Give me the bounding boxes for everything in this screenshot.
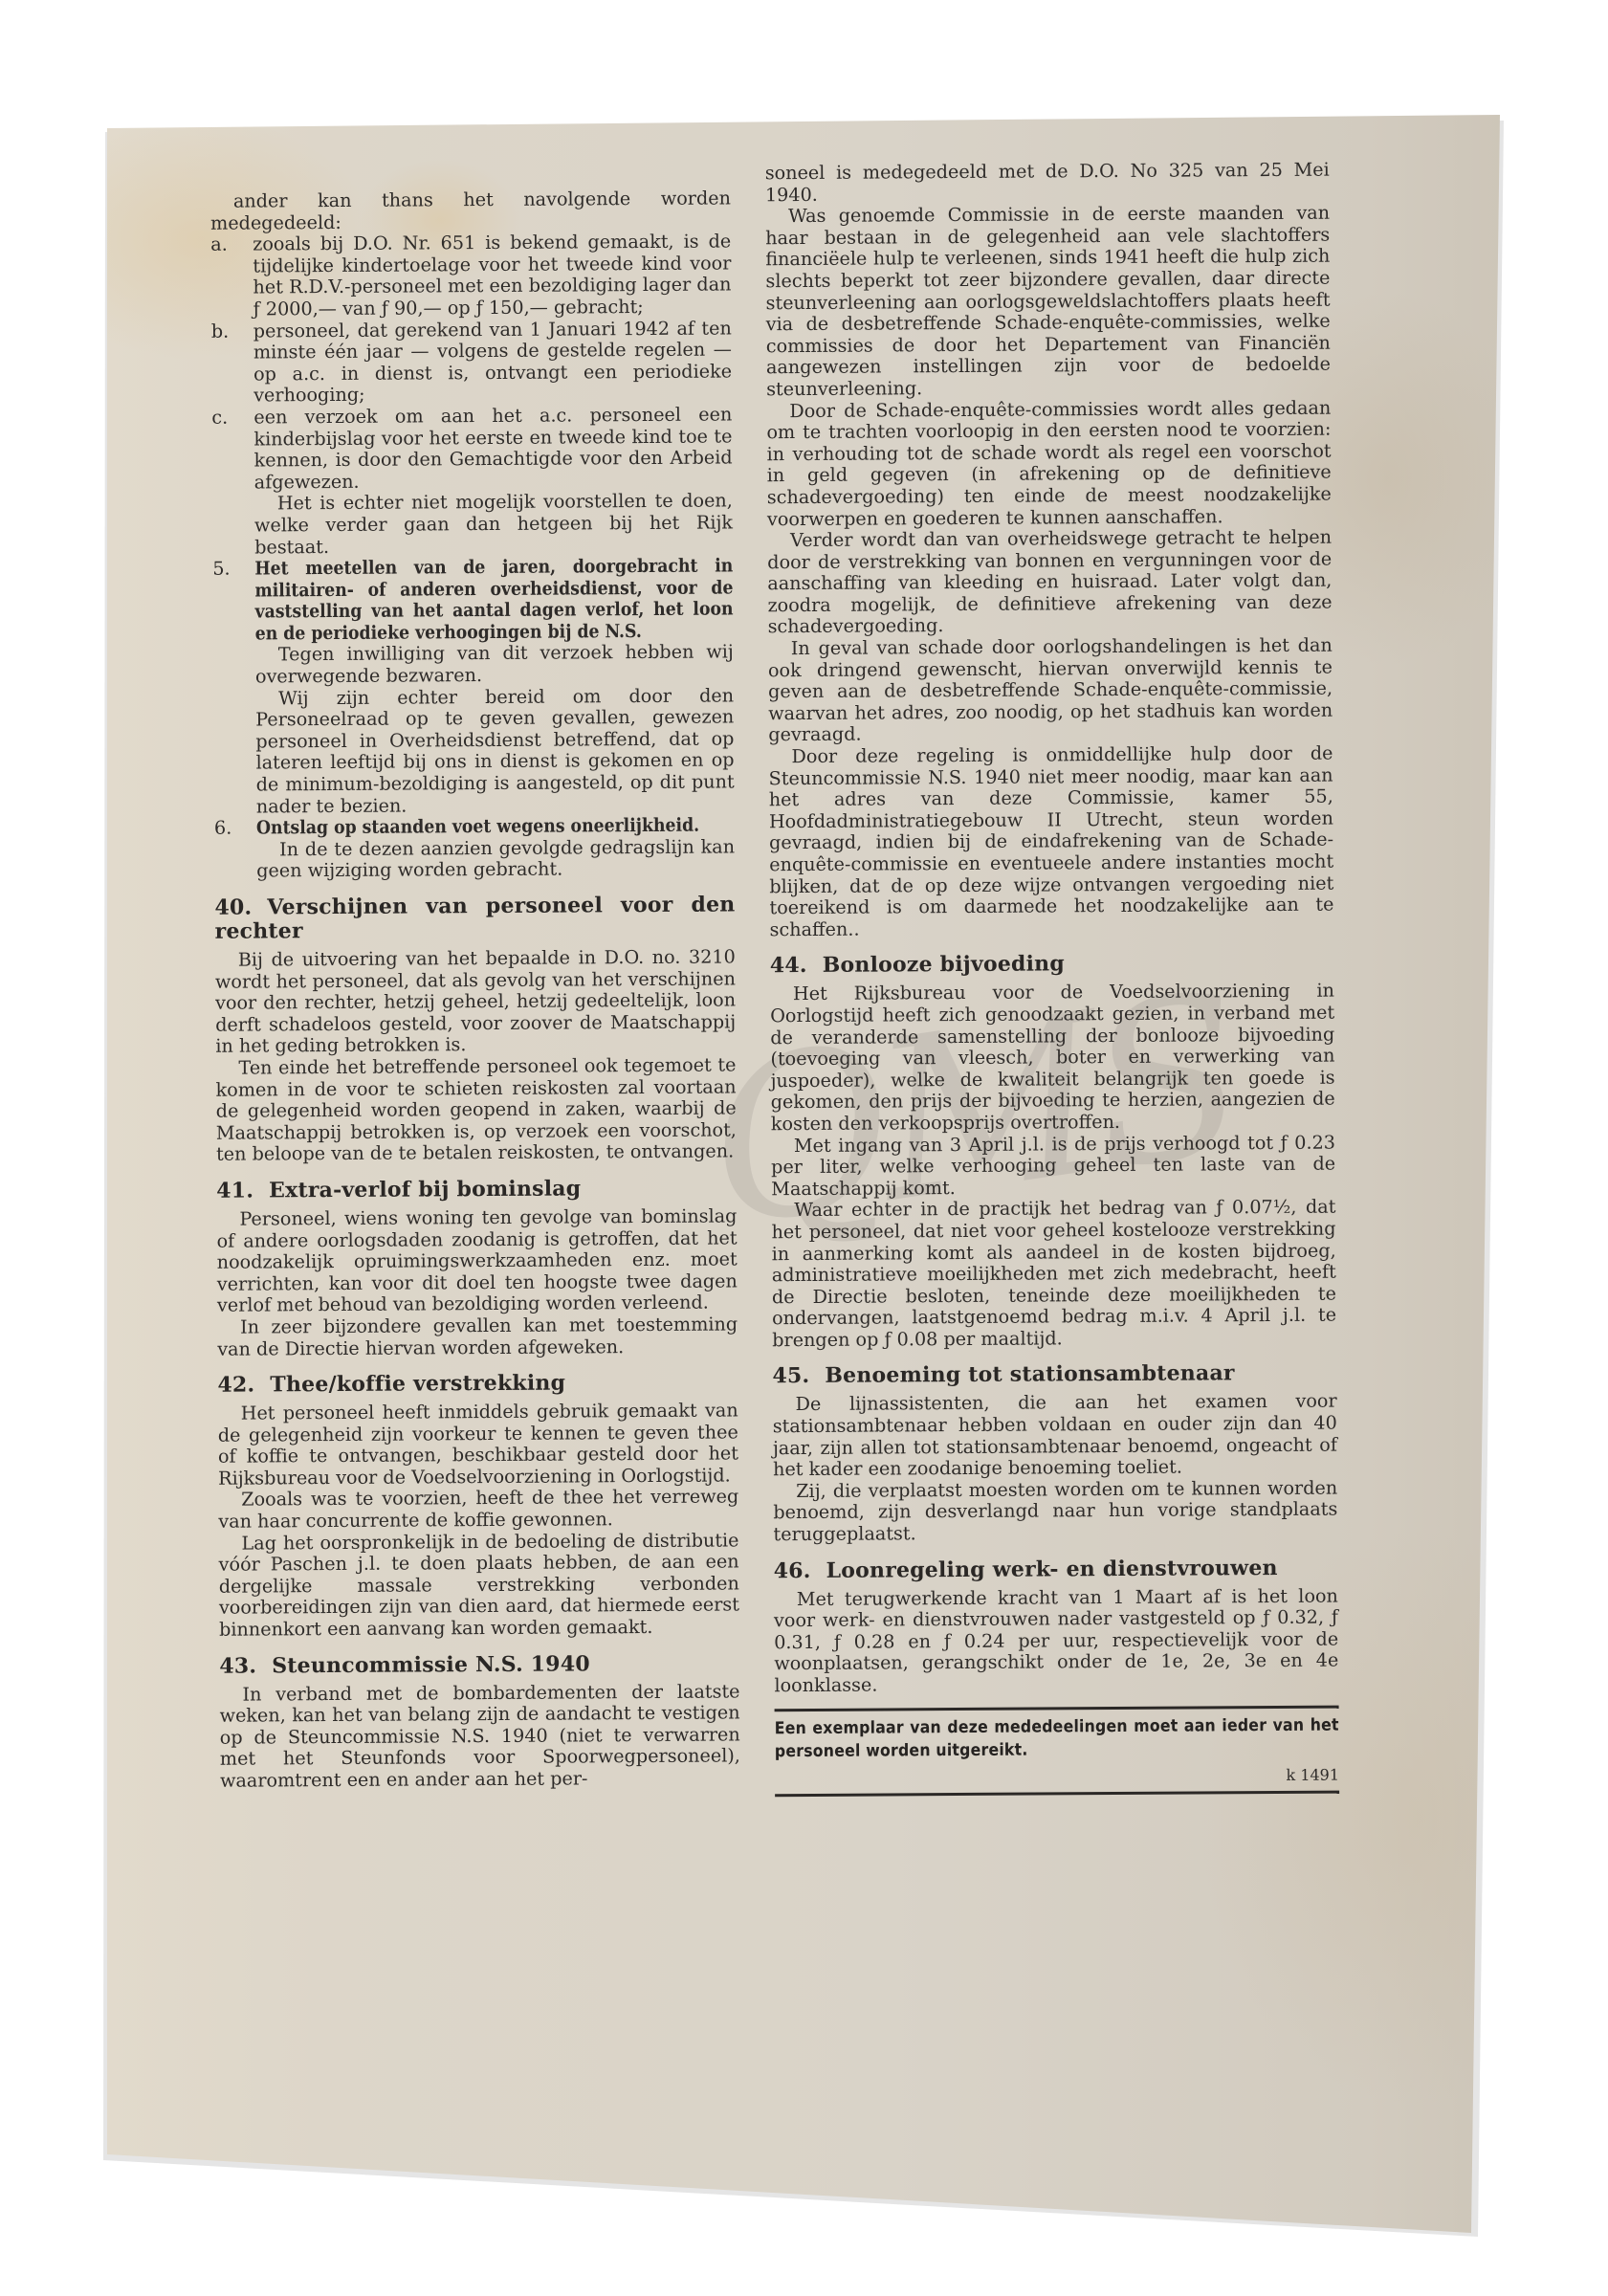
list-marker: a. — [210, 234, 228, 256]
paragraph: Personeel, wiens woning ten gevolge van … — [216, 1205, 738, 1316]
list-text: zooals bij D.O. Nr. 651 is bekend gemaak… — [253, 231, 731, 320]
section-title: Extra-verlof bij bominslag — [269, 1176, 581, 1203]
list-marker: 5. — [212, 559, 230, 581]
after-c-block: Het is echter niet mogelijk voorstellen … — [212, 491, 733, 559]
paragraph: Verder wordt dan van overheidswege getra… — [767, 527, 1333, 639]
section-number: 42. — [217, 1373, 254, 1398]
section-heading-46: 46.Loonregeling werk- en dienstvrouwen — [774, 1556, 1338, 1583]
item-5-body: Tegen inwilliging van dit verzoek hebben… — [213, 642, 735, 818]
list-marker: 6. — [214, 818, 231, 840]
paragraph: Zooals was te voorzien, heeft de thee he… — [218, 1487, 738, 1534]
item-6-body: In de te dezen aanzien gevolgde gedragsl… — [214, 836, 735, 883]
list-title: Het meetellen van de jaren, doorgebracht… — [254, 555, 733, 645]
right-column: soneel is medegedeeld met de D.O. No 325… — [765, 160, 1339, 1797]
paragraph: Ten einde het betreffende personeel ook … — [215, 1054, 737, 1165]
section-number: 44. — [770, 953, 807, 978]
paragraph: Het personeel heeft inmiddels gebruik ge… — [218, 1401, 739, 1490]
printed-page: QMS ander kan thans het navolgende worde… — [0, 0, 1608, 2296]
section-heading-41: 41.Extra-verlof bij bominslag — [216, 1176, 737, 1203]
paragraph: Door deze regeling is onmiddellijke hulp… — [768, 743, 1333, 941]
paragraph: In verband met de bombardementen der laa… — [219, 1681, 740, 1792]
paragraph: Wij zijn echter bereid om door den Perso… — [255, 685, 735, 818]
section-number: 43. — [219, 1653, 256, 1678]
paragraph: Door de Schade-enquête-commissies wordt … — [766, 397, 1332, 530]
distribution-notice: Een exemplaar van deze mededeelingen moe… — [775, 1713, 1339, 1763]
section-title: Benoeming tot stationsambtenaar — [825, 1361, 1234, 1389]
paragraph: Was genoemde Commissie in de eerste maan… — [765, 203, 1331, 401]
paragraph: Waar echter in de practijk het bedrag va… — [771, 1197, 1336, 1352]
section-heading-44: 44.Bonlooze bijvoeding — [770, 951, 1334, 979]
section-title: Steuncommissie N.S. 1940 — [272, 1651, 590, 1678]
list-text: een verzoek om aan het a.c. personeel ee… — [253, 403, 732, 493]
paragraph: Met terugwerkende kracht van 1 Maart af … — [774, 1585, 1339, 1697]
section-heading-43: 43.Steuncommissie N.S. 1940 — [219, 1651, 739, 1678]
paragraph: Tegen inwilliging van dit verzoek hebben… — [255, 642, 734, 688]
list-item-6: 6. Ontslag op staanden voet wegens oneer… — [214, 815, 735, 840]
form-code: k 1491 — [1286, 1765, 1339, 1787]
left-column: ander kan thans het navolgende worden me… — [210, 188, 740, 1792]
section-number: 41. — [216, 1178, 253, 1203]
distribution-notice-box: Een exemplaar van deze mededeelingen moe… — [775, 1705, 1340, 1797]
list-item-c: c. een verzoek om aan het a.c. personeel… — [211, 404, 733, 494]
section-number: 40. — [214, 895, 252, 920]
paragraph: De lijnassistenten, die aan het examen v… — [773, 1391, 1338, 1481]
section-title: Bonlooze bijvoeding — [823, 952, 1065, 979]
paragraph: In de te dezen aanzien gevolgde gedragsl… — [256, 836, 735, 882]
section-heading-45: 45.Benoeming tot stationsambtenaar — [772, 1361, 1336, 1389]
list-title: Ontslag op staanden voet wegens oneerlij… — [256, 814, 699, 839]
list-item-5: 5. Het meetellen van de jaren, doorgebra… — [212, 556, 734, 646]
section-heading-40: 40.Verschijnen van personeel voor den re… — [214, 893, 735, 943]
section-number: 46. — [774, 1558, 811, 1583]
list-text: personeel, dat gerekend van 1 Januari 19… — [253, 317, 732, 407]
intro-text: ander kan thans het navolgende worden me… — [210, 188, 731, 234]
paragraph: Zij, die verplaatst moesten worden om te… — [773, 1477, 1337, 1545]
paragraph: soneel is medegedeeld met de D.O. No 325… — [765, 160, 1330, 207]
paragraph: Het is echter niet mogelijk voorstellen … — [254, 491, 733, 559]
list-marker: c. — [211, 408, 228, 430]
paragraph: Het Rijksbureau voor de Voedselvoorzieni… — [770, 981, 1335, 1136]
section-title: Thee/koffie verstrekking — [270, 1371, 565, 1398]
section-number: 45. — [772, 1363, 809, 1388]
section-heading-42: 42.Thee/koffie verstrekking — [217, 1371, 738, 1398]
list-marker: b. — [211, 320, 230, 342]
paragraph: Lag het oorspronkelijk in de bedoeling d… — [218, 1530, 739, 1641]
list-item-b: b. personeel, dat gerekend van 1 Januari… — [211, 318, 733, 408]
section-title: Verschijnen van personeel voor den recht… — [215, 892, 736, 943]
paragraph: Bij de uitvoering van het bepaalde in D.… — [215, 946, 737, 1057]
paragraph: In zeer bijzondere gevallen kan met toes… — [217, 1314, 738, 1360]
list-item-a: a. zooals bij D.O. Nr. 651 is bekend gem… — [210, 232, 732, 321]
paragraph: In geval van schade door oorlogshandelin… — [768, 635, 1333, 747]
section-title: Loonregeling werk- en dienstvrouwen — [826, 1556, 1277, 1583]
paragraph: Met ingang van 3 April j.l. is de prijs … — [771, 1132, 1335, 1200]
